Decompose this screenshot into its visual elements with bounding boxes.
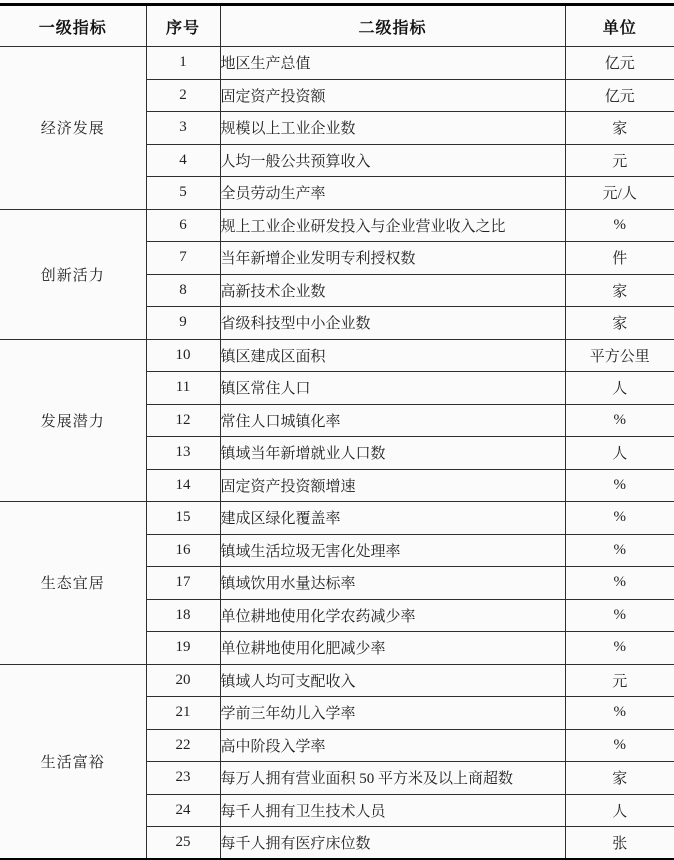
unit-label: 亿元 bbox=[565, 47, 674, 80]
indicator-name: 建成区绿化覆盖率 bbox=[220, 502, 565, 535]
indicator-name: 高中阶段入学率 bbox=[220, 729, 565, 762]
header-index: 序号 bbox=[146, 5, 220, 47]
row-index: 20 bbox=[146, 664, 220, 697]
group-label-potential: 发展潜力 bbox=[0, 339, 146, 502]
indicator-name: 镇区建成区面积 bbox=[220, 339, 565, 372]
header-unit: 单位 bbox=[565, 5, 674, 47]
unit-label: 元 bbox=[565, 144, 674, 177]
unit-label: % bbox=[565, 632, 674, 665]
row-index: 5 bbox=[146, 177, 220, 210]
unit-label: 亿元 bbox=[565, 79, 674, 112]
unit-label: % bbox=[565, 534, 674, 567]
table-row: 创新活力 6 规上工业企业研发投入与企业营业收入之比 % bbox=[0, 209, 674, 242]
indicator-name: 单位耕地使用化肥减少率 bbox=[220, 632, 565, 665]
unit-label: 件 bbox=[565, 242, 674, 275]
indicator-name: 每千人拥有卫生技术人员 bbox=[220, 794, 565, 827]
row-index: 22 bbox=[146, 729, 220, 762]
indicator-name: 镇域当年新增就业人口数 bbox=[220, 437, 565, 470]
unit-label: % bbox=[565, 404, 674, 437]
indicator-name: 每万人拥有营业面积 50 平方米及以上商超数 bbox=[220, 762, 565, 795]
row-index: 9 bbox=[146, 307, 220, 340]
row-index: 11 bbox=[146, 372, 220, 405]
unit-label: 家 bbox=[565, 112, 674, 145]
row-index: 1 bbox=[146, 47, 220, 80]
group-label-innovation: 创新活力 bbox=[0, 209, 146, 339]
indicator-name: 单位耕地使用化学农药减少率 bbox=[220, 599, 565, 632]
row-index: 23 bbox=[146, 762, 220, 795]
unit-label: 人 bbox=[565, 437, 674, 470]
indicator-name: 固定资产投资额 bbox=[220, 79, 565, 112]
indicator-name: 镇域生活垃圾无害化处理率 bbox=[220, 534, 565, 567]
unit-label: 元/人 bbox=[565, 177, 674, 210]
row-index: 19 bbox=[146, 632, 220, 665]
row-index: 13 bbox=[146, 437, 220, 470]
group-label-economy: 经济发展 bbox=[0, 47, 146, 210]
row-index: 15 bbox=[146, 502, 220, 535]
row-index: 24 bbox=[146, 794, 220, 827]
unit-label: 人 bbox=[565, 372, 674, 405]
indicator-name: 镇域人均可支配收入 bbox=[220, 664, 565, 697]
unit-label: % bbox=[565, 599, 674, 632]
row-index: 2 bbox=[146, 79, 220, 112]
row-index: 3 bbox=[146, 112, 220, 145]
header-level2: 二级指标 bbox=[220, 5, 565, 47]
row-index: 17 bbox=[146, 567, 220, 600]
table-row: 发展潜力 10 镇区建成区面积 平方公里 bbox=[0, 339, 674, 372]
row-index: 6 bbox=[146, 209, 220, 242]
indicator-name: 地区生产总值 bbox=[220, 47, 565, 80]
row-index: 18 bbox=[146, 599, 220, 632]
unit-label: % bbox=[565, 729, 674, 762]
row-index: 25 bbox=[146, 827, 220, 860]
unit-label: 家 bbox=[565, 274, 674, 307]
indicator-name: 学前三年幼儿入学率 bbox=[220, 697, 565, 730]
indicator-name: 镇域饮用水量达标率 bbox=[220, 567, 565, 600]
indicator-name: 人均一般公共预算收入 bbox=[220, 144, 565, 177]
row-index: 14 bbox=[146, 469, 220, 502]
group-label-prosperity: 生活富裕 bbox=[0, 664, 146, 859]
unit-label: % bbox=[565, 567, 674, 600]
unit-label: % bbox=[565, 697, 674, 730]
indicator-name: 当年新增企业发明专利授权数 bbox=[220, 242, 565, 275]
row-index: 4 bbox=[146, 144, 220, 177]
unit-label: 平方公里 bbox=[565, 339, 674, 372]
row-index: 16 bbox=[146, 534, 220, 567]
row-index: 10 bbox=[146, 339, 220, 372]
indicator-name: 每千人拥有医疗床位数 bbox=[220, 827, 565, 860]
indicator-name: 规上工业企业研发投入与企业营业收入之比 bbox=[220, 209, 565, 242]
row-index: 21 bbox=[146, 697, 220, 730]
header-level1: 一级指标 bbox=[0, 5, 146, 47]
indicator-name: 规模以上工业企业数 bbox=[220, 112, 565, 145]
indicator-table: 一级指标 序号 二级指标 单位 经济发展 1 地区生产总值 亿元 2 固定资产投… bbox=[0, 3, 674, 860]
indicator-name: 高新技术企业数 bbox=[220, 274, 565, 307]
unit-label: % bbox=[565, 502, 674, 535]
unit-label: % bbox=[565, 209, 674, 242]
table-row: 经济发展 1 地区生产总值 亿元 bbox=[0, 47, 674, 80]
table-row: 生态宜居 15 建成区绿化覆盖率 % bbox=[0, 502, 674, 535]
table-row: 生活富裕 20 镇域人均可支配收入 元 bbox=[0, 664, 674, 697]
indicator-name: 固定资产投资额增速 bbox=[220, 469, 565, 502]
unit-label: 家 bbox=[565, 762, 674, 795]
row-index: 12 bbox=[146, 404, 220, 437]
row-index: 7 bbox=[146, 242, 220, 275]
indicator-name: 常住人口城镇化率 bbox=[220, 404, 565, 437]
row-index: 8 bbox=[146, 274, 220, 307]
unit-label: % bbox=[565, 469, 674, 502]
indicator-name: 省级科技型中小企业数 bbox=[220, 307, 565, 340]
unit-label: 人 bbox=[565, 794, 674, 827]
indicator-name: 全员劳动生产率 bbox=[220, 177, 565, 210]
header-row: 一级指标 序号 二级指标 单位 bbox=[0, 5, 674, 47]
indicator-name: 镇区常住人口 bbox=[220, 372, 565, 405]
unit-label: 家 bbox=[565, 307, 674, 340]
unit-label: 张 bbox=[565, 827, 674, 860]
group-label-ecology: 生态宜居 bbox=[0, 502, 146, 665]
unit-label: 元 bbox=[565, 664, 674, 697]
